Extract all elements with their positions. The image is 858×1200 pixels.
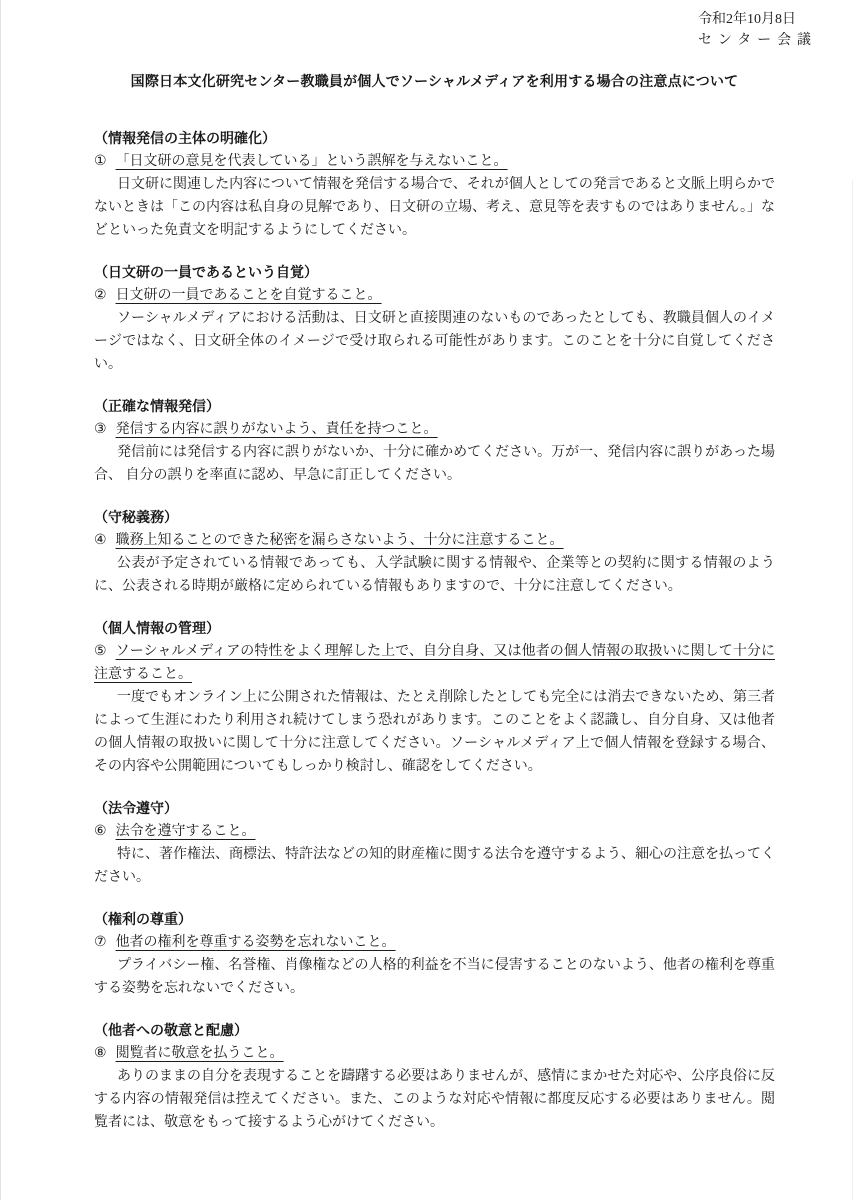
section-body: 一度でもオンライン上に公開された情報は、たとえ削除したとしても完全には消去できな…	[94, 686, 775, 778]
section-rule: ⑥法令を遵守すること。	[94, 820, 775, 843]
section-rule: ⑤ソーシャルメディアの特性をよく理解した上で、自分自身、又は他者の個人情報の取扱…	[94, 640, 775, 686]
guideline-section-2: （日文研の一員であるという自覚） ②日文研の一員であることを自覚すること。 ソー…	[94, 261, 775, 376]
section-body: 発信前には発信する内容に誤りがないか、十分に確かめてください。万が一、発信内容に…	[94, 441, 775, 487]
section-body: 日文研に関連した内容について情報を発信する場合で、それが個人としての発言であると…	[94, 173, 775, 242]
rule-number: ④	[94, 529, 107, 552]
rule-text: 発信する内容に誤りがないよう、責任を持つこと。	[116, 422, 438, 437]
guideline-section-4: （守秘義務） ④職務上知ることのできた秘密を漏らさないよう、十分に注意すること。…	[94, 506, 775, 598]
rule-number: ⑦	[94, 931, 107, 954]
rule-number: ⑥	[94, 820, 107, 843]
rule-number: ③	[94, 418, 107, 441]
section-rule: ④職務上知ることのできた秘密を漏らさないよう、十分に注意すること。	[94, 529, 775, 552]
section-heading: （守秘義務）	[94, 506, 775, 529]
guideline-section-7: （権利の尊重） ⑦他者の権利を尊重する姿勢を忘れないこと。 プライバシー権、名誉…	[94, 908, 775, 1000]
rule-number: ①	[94, 150, 107, 173]
guideline-section-1: （情報発信の主体の明確化） ①「日文研の意見を代表している」という誤解を与えない…	[94, 127, 775, 242]
guideline-section-5: （個人情報の管理） ⑤ソーシャルメディアの特性をよく理解した上で、自分自身、又は…	[94, 617, 775, 778]
document-title: 国際日本文化研究センター教職員が個人でソーシャルメディアを利用する場合の注意点に…	[94, 70, 775, 93]
rule-text: 「日文研の意見を代表している」という誤解を与えないこと。	[116, 154, 508, 169]
section-heading: （他者への敬意と配慮）	[94, 1019, 775, 1042]
section-body: ありのままの自分を表現することを躊躇する必要はありませんが、感情にまかせた対応や…	[94, 1065, 775, 1134]
section-body: プライバシー権、名誉権、肖像権などの人格的利益を不当に侵害することのないよう、他…	[94, 954, 775, 1000]
rule-text: 他者の権利を尊重する姿勢を忘れないこと。	[116, 935, 396, 950]
section-heading: （個人情報の管理）	[94, 617, 775, 640]
document-date-block: 令和2年10月8日 センター会議	[698, 9, 811, 51]
section-heading: （日文研の一員であるという自覚）	[94, 261, 775, 284]
section-rule: ②日文研の一員であることを自覚すること。	[94, 284, 775, 307]
section-heading: （正確な情報発信）	[94, 395, 775, 418]
section-body: 特に、著作権法、商標法、特許法などの知的財産権に関する法令を遵守するよう、細心の…	[94, 843, 775, 889]
rule-text: 法令を遵守すること。	[116, 824, 256, 839]
document-content: 国際日本文化研究センター教職員が個人でソーシャルメディアを利用する場合の注意点に…	[0, 0, 858, 1134]
document-page: 令和2年10月8日 センター会議 国際日本文化研究センター教職員が個人でソーシャ…	[0, 0, 858, 1200]
section-rule: ⑦他者の権利を尊重する姿勢を忘れないこと。	[94, 931, 775, 954]
section-heading: （法令遵守）	[94, 797, 775, 820]
rule-text: 日文研の一員であることを自覚すること。	[116, 288, 382, 303]
section-body: 公表が予定されている情報であっても、入学試験に関する情報や、企業等との契約に関す…	[94, 552, 775, 598]
document-date: 令和2年10月8日	[698, 9, 811, 30]
rule-number: ②	[94, 284, 107, 307]
section-rule: ③発信する内容に誤りがないよう、責任を持つこと。	[94, 418, 775, 441]
sections: （情報発信の主体の明確化） ①「日文研の意見を代表している」という誤解を与えない…	[94, 127, 775, 1134]
guideline-section-6: （法令遵守） ⑥法令を遵守すること。 特に、著作権法、商標法、特許法などの知的財…	[94, 797, 775, 889]
guideline-section-3: （正確な情報発信） ③発信する内容に誤りがないよう、責任を持つこと。 発信前には…	[94, 395, 775, 487]
section-rule: ⑧閲覧者に敬意を払うこと。	[94, 1042, 775, 1065]
rule-number: ⑧	[94, 1042, 107, 1065]
section-rule: ①「日文研の意見を代表している」という誤解を与えないこと。	[94, 150, 775, 173]
guideline-section-8: （他者への敬意と配慮） ⑧閲覧者に敬意を払うこと。 ありのままの自分を表現するこ…	[94, 1019, 775, 1134]
committee-name: センター会議	[698, 30, 811, 51]
section-heading: （情報発信の主体の明確化）	[94, 127, 775, 150]
section-body: ソーシャルメディアにおける活動は、日文研と直接関連のないものであったとしても、教…	[94, 307, 775, 376]
rule-text: 閲覧者に敬意を払うこと。	[116, 1046, 284, 1061]
rule-number: ⑤	[94, 640, 107, 663]
rule-text: ソーシャルメディアの特性をよく理解した上で、自分自身、又は他者の個人情報の取扱い…	[94, 644, 775, 682]
rule-text: 職務上知ることのできた秘密を漏らさないよう、十分に注意すること。	[116, 533, 564, 548]
section-heading: （権利の尊重）	[94, 908, 775, 931]
